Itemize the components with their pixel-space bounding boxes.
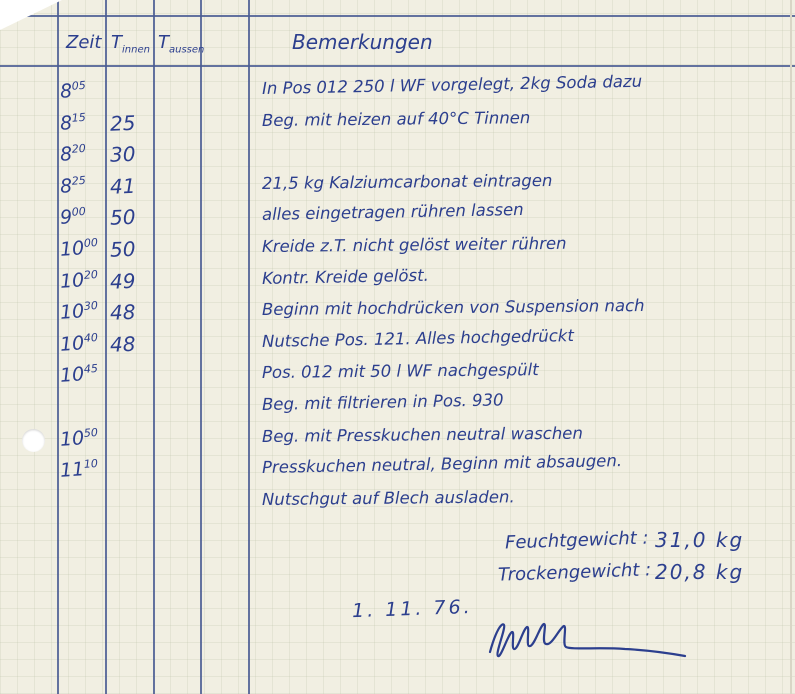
t-innen-value: [110, 489, 152, 490]
time-minutes: 20: [71, 142, 86, 156]
t-innen-value: 50: [110, 236, 153, 261]
time-hour: 10: [59, 332, 85, 356]
t-subscript: innen: [122, 45, 150, 56]
header-bemerkungen: Bemerkungen: [292, 30, 433, 54]
time-value: 805: [59, 77, 104, 102]
t-innen-value: [110, 363, 152, 364]
table-top-rule: [8, 15, 795, 17]
time-minutes: 25: [71, 174, 86, 188]
table-row: 815 25 Beg. mit heizen auf 40°C Tinnen: [0, 111, 795, 143]
time-value: 825: [59, 172, 104, 197]
time-minutes: 50: [83, 425, 98, 439]
t-innen-value: 41: [110, 173, 153, 198]
time-value: 1045: [59, 362, 104, 387]
t-innen-value: 30: [110, 141, 153, 166]
time-minutes: 10: [83, 457, 98, 471]
t-innen-value: 50: [110, 205, 153, 230]
time-minutes: 30: [83, 299, 98, 313]
time-value: 820: [59, 141, 104, 166]
remark-text: Pos. 012 mit 50 l WF nachgespült: [262, 358, 791, 383]
t-innen-value: [110, 426, 152, 427]
t-symbol: T: [158, 32, 169, 53]
wet-weight-value: 31,0 kg: [655, 528, 744, 552]
t-innen-value: [110, 394, 152, 395]
time-value: 1040: [59, 330, 104, 355]
time-value: 1020: [59, 267, 104, 292]
header-bottom-rule: [0, 65, 795, 67]
time-hour: 10: [59, 364, 85, 388]
remark-text: Beginn mit hochdrücken von Suspension na…: [262, 295, 791, 320]
time-hour: 10: [59, 237, 85, 261]
lab-journal-page: Zeit Tinnen Taussen Bemerkungen 805 In P…: [0, 0, 795, 694]
time-value: 1110: [59, 457, 104, 482]
signature-scribble: [480, 612, 695, 667]
header-t-innen: Tinnen: [111, 32, 150, 56]
time-value: 1030: [59, 299, 104, 324]
time-minutes: 00: [71, 205, 86, 219]
time-minutes: 05: [71, 79, 86, 93]
time-minutes: 20: [83, 267, 98, 281]
t-symbol: T: [111, 32, 122, 53]
time-value: 900: [59, 204, 104, 229]
t-innen-value: [110, 78, 152, 79]
t-innen-value: 48: [110, 299, 153, 324]
t-innen-value: 25: [110, 110, 153, 135]
t-innen-value: 49: [110, 268, 153, 293]
time-value: 1000: [59, 235, 104, 260]
time-minutes: 40: [83, 331, 98, 345]
time-hour: 10: [59, 300, 85, 324]
date-text: 1. 11. 76.: [352, 596, 473, 622]
time-hour: 10: [59, 269, 85, 293]
remark-text: In Pos 012 250 l WF vorgelegt, 2kg Soda …: [262, 69, 791, 98]
t-innen-value: [110, 457, 152, 458]
table-row: Nutschgut auf Blech ausladen.: [0, 490, 795, 522]
t-subscript: aussen: [169, 45, 204, 56]
time-minutes: 00: [83, 236, 98, 250]
header-zeit: Zeit: [66, 32, 101, 53]
header-t-aussen: Taussen: [158, 32, 204, 56]
wet-weight-label: Feuchtgewicht :: [505, 528, 649, 554]
time-minutes: 15: [71, 110, 86, 124]
time-value: 1050: [59, 425, 104, 450]
time-hour: 11: [59, 458, 85, 482]
dry-weight-value: 20,8 kg: [655, 560, 744, 584]
dry-weight-label: Trockengewicht :: [498, 559, 652, 585]
time-value: 815: [59, 109, 104, 134]
time-minutes: 45: [83, 362, 98, 376]
t-innen-value: 48: [110, 331, 153, 356]
time-hour: 10: [59, 427, 85, 451]
log-rows: 805 In Pos 012 250 l WF vorgelegt, 2kg S…: [0, 79, 795, 521]
